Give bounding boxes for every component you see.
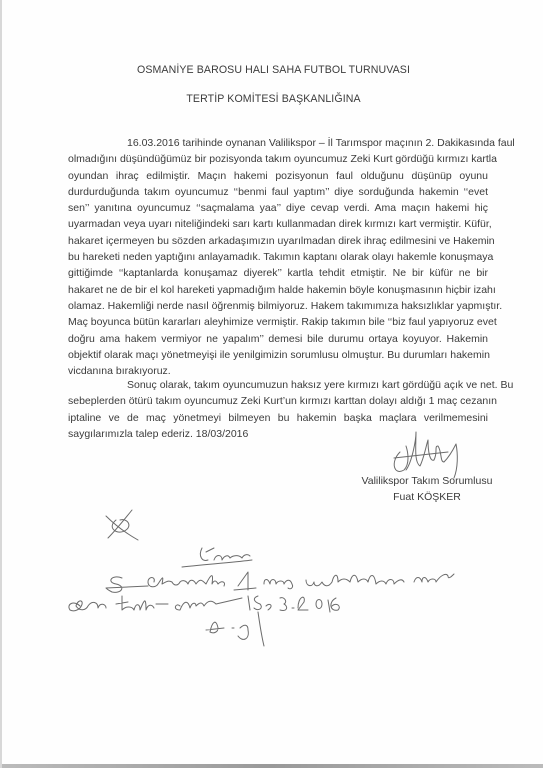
handwriting-layer xyxy=(2,0,543,768)
decision-signature-mark xyxy=(206,612,264,646)
initial-mark xyxy=(106,510,138,540)
signature-mark xyxy=(394,432,457,478)
scanned-document-page: OSMANİYE BAROSU HALI SAHA FUTBOL TURNUVA… xyxy=(0,0,543,768)
